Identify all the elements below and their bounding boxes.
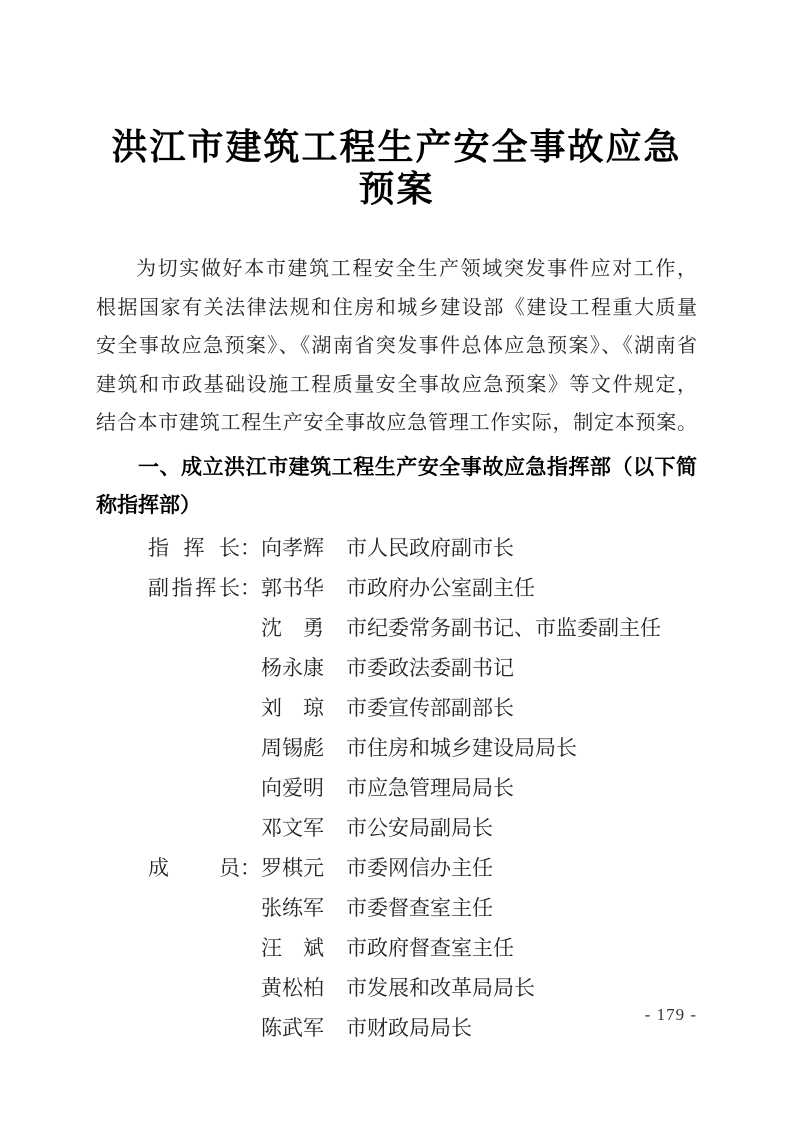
roster-row: 指挥长：向孝辉市人民政府副市长 (148, 528, 697, 568)
role-colon: ： (240, 848, 261, 888)
member-name: 向孝辉 (261, 528, 346, 568)
roster-row: 陈武军市财政局局长 (148, 1008, 697, 1048)
member-name: 向爱明 (261, 768, 346, 808)
roster-row: 刘 琼市委宣传部副部长 (148, 688, 697, 728)
paragraph-line: 结合本市建筑工程生产安全事故应急管理工作实际，制定本预案。 (96, 404, 697, 443)
section-heading-line: 一、成立洪江市建筑工程生产安全事故应急指挥部（以下简 (96, 449, 697, 488)
role-label: 指挥长 (148, 528, 240, 568)
member-name: 黄松柏 (261, 968, 346, 1008)
intro-paragraph: 为切实做好本市建筑工程安全生产领域突发事件应对工作， 根据国家有关法律法规和住房… (96, 250, 697, 443)
member-title: 市委宣传部副部长 (346, 688, 514, 728)
role-colon: ： (240, 528, 261, 568)
section-heading: 一、成立洪江市建筑工程生产安全事故应急指挥部（以下简 称指挥部） (96, 449, 697, 526)
paragraph-line: 为切实做好本市建筑工程安全生产领域突发事件应对工作， (96, 250, 697, 289)
roster-row: 黄松柏市发展和改革局局长 (148, 968, 697, 1008)
member-name: 罗棋元 (261, 848, 346, 888)
role-label: 成员 (148, 848, 240, 888)
member-name: 杨永康 (261, 648, 346, 688)
paragraph-line: 建筑和市政基础设施工程质量安全事故应急预案》等文件规定， (96, 366, 697, 405)
member-title: 市政府督查室主任 (346, 928, 514, 968)
member-name: 郭书华 (261, 568, 346, 608)
role-colon: ： (240, 568, 261, 608)
member-name: 汪 斌 (261, 928, 346, 968)
member-title: 市委政法委副书记 (346, 648, 514, 688)
roster-row: 汪 斌市政府督查室主任 (148, 928, 697, 968)
member-name: 张练军 (261, 888, 346, 928)
member-title: 市人民政府副市长 (346, 528, 514, 568)
member-title: 市公安局副局长 (346, 808, 493, 848)
document-page: 洪江市建筑工程生产安全事故应急预案 为切实做好本市建筑工程安全生产领域突发事件应… (0, 0, 793, 1122)
member-name: 沈 勇 (261, 608, 346, 648)
member-title: 市政府办公室副主任 (346, 568, 535, 608)
member-name: 刘 琼 (261, 688, 346, 728)
member-name: 陈武军 (261, 1008, 346, 1048)
member-name: 周锡彪 (261, 728, 346, 768)
member-title: 市委网信办主任 (346, 848, 493, 888)
document-title: 洪江市建筑工程生产安全事故应急预案 (96, 126, 697, 210)
roster-row: 杨永康市委政法委副书记 (148, 648, 697, 688)
roster-row: 张练军市委督查室主任 (148, 888, 697, 928)
command-roster: 指挥长：向孝辉市人民政府副市长 副指挥长：郭书华市政府办公室副主任 沈 勇市纪委… (96, 528, 697, 1048)
member-title: 市发展和改革局局长 (346, 968, 535, 1008)
member-title: 市住房和城乡建设局局长 (346, 728, 577, 768)
roster-row: 向爱明市应急管理局局长 (148, 768, 697, 808)
roster-row: 成员：罗棋元市委网信办主任 (148, 848, 697, 888)
member-name: 邓文军 (261, 808, 346, 848)
paragraph-line: 根据国家有关法律法规和住房和城乡建设部《建设工程重大质量 (96, 289, 697, 328)
roster-row: 沈 勇市纪委常务副书记、市监委副主任 (148, 608, 697, 648)
member-title: 市委督查室主任 (346, 888, 493, 928)
roster-row: 副指挥长：郭书华市政府办公室副主任 (148, 568, 697, 608)
member-title: 市应急管理局局长 (346, 768, 514, 808)
paragraph-line: 安全事故应急预案》、《湖南省突发事件总体应急预案》、《湖南省 (96, 327, 697, 366)
member-title: 市财政局局长 (346, 1008, 472, 1048)
section-heading-line: 称指挥部） (96, 487, 697, 526)
roster-row: 周锡彪市住房和城乡建设局局长 (148, 728, 697, 768)
page-number: - 179 - (645, 1004, 697, 1026)
roster-row: 邓文军市公安局副局长 (148, 808, 697, 848)
member-title: 市纪委常务副书记、市监委副主任 (346, 608, 661, 648)
role-label: 副指挥长 (148, 568, 240, 608)
